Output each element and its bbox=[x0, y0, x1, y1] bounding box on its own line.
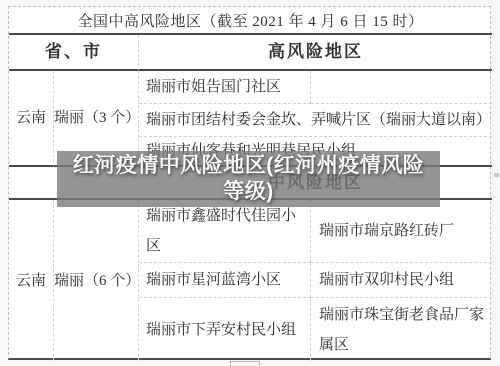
column-header-high-risk: 高风险地区 bbox=[139, 35, 492, 71]
bottom-clipped-element bbox=[230, 361, 260, 366]
table-title: 全国中高风险地区（截至 2021 年 4 月 6 日 15 时） bbox=[9, 7, 492, 35]
medium-risk-area-cell: 瑞丽市瑞京路红砖厂 bbox=[311, 200, 492, 263]
medium-risk-area-cell: 瑞丽市星河蓝湾小区 bbox=[139, 263, 311, 298]
medium-risk-city-count: 瑞丽（6 个） bbox=[54, 200, 139, 361]
medium-risk-area-cell: 瑞丽市下弄安村民小组 bbox=[139, 298, 311, 361]
high-risk-area-cell: 瑞丽市团结村委会金坎、弄喊片区（瑞丽大道以南） bbox=[139, 104, 492, 137]
medium-risk-area-cell: 瑞丽市珠宝街老食品厂家属区 bbox=[311, 298, 492, 361]
watermark-line1: 红河疫情中风险地区(红河州疫情风险 bbox=[73, 153, 425, 179]
medium-risk-province: 云南 bbox=[9, 200, 54, 361]
watermark-line2: 等级) bbox=[223, 179, 274, 205]
column-header-province-city: 省、市 bbox=[9, 35, 139, 71]
risk-area-table-page: 全国中高风险地区（截至 2021 年 4 月 6 日 15 时） 省、市 高风险… bbox=[0, 0, 500, 366]
high-risk-empty-cell bbox=[311, 71, 492, 104]
watermark-overlay: 红河疫情中风险地区(红河州疫情风险 等级) bbox=[57, 151, 440, 207]
high-risk-area-cell: 瑞丽市姐告国门社区 bbox=[139, 71, 311, 104]
medium-risk-area-cell: 瑞丽市鑫盛时代佳园小区 bbox=[139, 200, 311, 263]
medium-risk-area-cell: 瑞丽市双卯村民小组 bbox=[311, 263, 492, 298]
high-risk-province: 云南 bbox=[9, 71, 54, 167]
right-edge-mark bbox=[494, 173, 499, 177]
